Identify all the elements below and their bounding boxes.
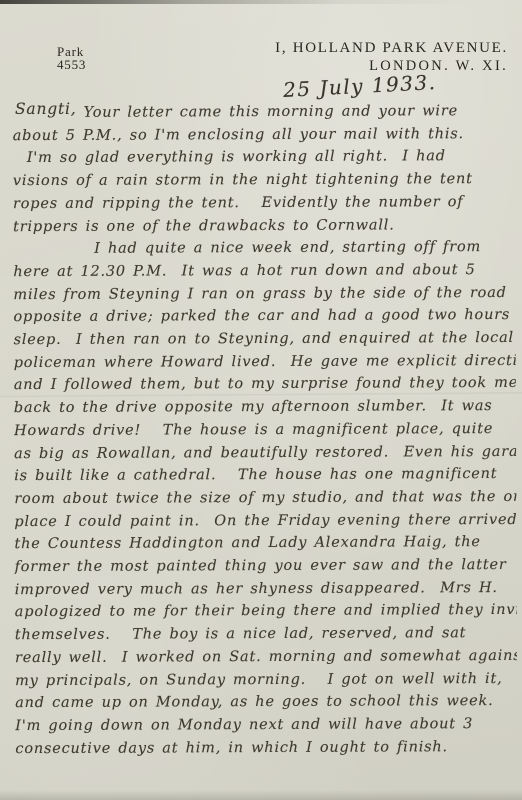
letter-line: the Countess Haddington and Lady Alexand…: [14, 531, 516, 556]
letter-line: and came up on Monday, as he goes to sch…: [15, 690, 517, 715]
scan-edge-bottom: [0, 790, 522, 800]
letter-line: place I could paint in. On the Friday ev…: [14, 509, 516, 534]
letter-line: here at 12.30 P.M. It was a hot run down…: [13, 259, 515, 284]
letter-line: I had quite a nice week end, starting of…: [13, 236, 515, 261]
letter-body: Your letter came this morning and your w…: [13, 100, 518, 761]
letter-line: about 5 P.M., so I'm enclosing all your …: [13, 123, 515, 148]
letter-line: opposite a drive; parked the car and had…: [13, 304, 515, 329]
address-line-1: I, HOLLAND PARK AVENUE.: [275, 40, 508, 57]
letter-line: ropes and ripping the tent. Evidently th…: [13, 191, 515, 216]
letter-line: sleep. I then ran on to Steyning, and en…: [14, 327, 516, 352]
letterhead-address: I, HOLLAND PARK AVENUE. LONDON. W. XI.: [275, 40, 508, 75]
letter-line: really well. I worked on Sat. morning an…: [15, 645, 517, 670]
letter-line: is built like a cathedral. The house has…: [14, 463, 516, 488]
letter-line: visions of a rain storm in the night tig…: [13, 168, 515, 193]
letter-line: as big as Rowallan, and beautifully rest…: [14, 440, 516, 465]
scan-edge-top: [0, 0, 522, 4]
letter-line: I'm so glad everything is working all ri…: [13, 145, 515, 170]
letter-line: apologized to me for their being there a…: [15, 599, 517, 624]
letter-line: policeman where Howard lived. He gave me…: [14, 350, 516, 375]
letter-line: room about twice the size of my studio, …: [14, 486, 516, 511]
letter-line: my principals, on Sunday morning. I got …: [15, 667, 517, 692]
letter-line: themselves. The boy is a nice lad, reser…: [15, 622, 517, 647]
letter-line: Howards drive! The house is a magnificen…: [14, 418, 516, 443]
letter-line: consecutive days at him, in which I ough…: [15, 736, 517, 761]
letter-scan-page: Park 4553 I, HOLLAND PARK AVENUE. LONDON…: [0, 0, 522, 800]
letter-line: I'm going down on Monday next and will h…: [15, 713, 517, 738]
phone-number: 4553: [57, 58, 86, 71]
letter-line: miles from Steyning I ran on grass by th…: [13, 282, 515, 307]
letter-line: former the most painted thing you ever s…: [15, 554, 517, 579]
letter-line: back to the drive opposite my afternoon …: [14, 395, 516, 420]
letterhead-phone: Park 4553: [57, 45, 86, 71]
letter-line: improved very much as her shyness disapp…: [15, 577, 517, 602]
letter-line: trippers is one of the drawbacks to Corn…: [13, 213, 515, 238]
letter-line: Your letter came this morning and your w…: [13, 100, 515, 125]
